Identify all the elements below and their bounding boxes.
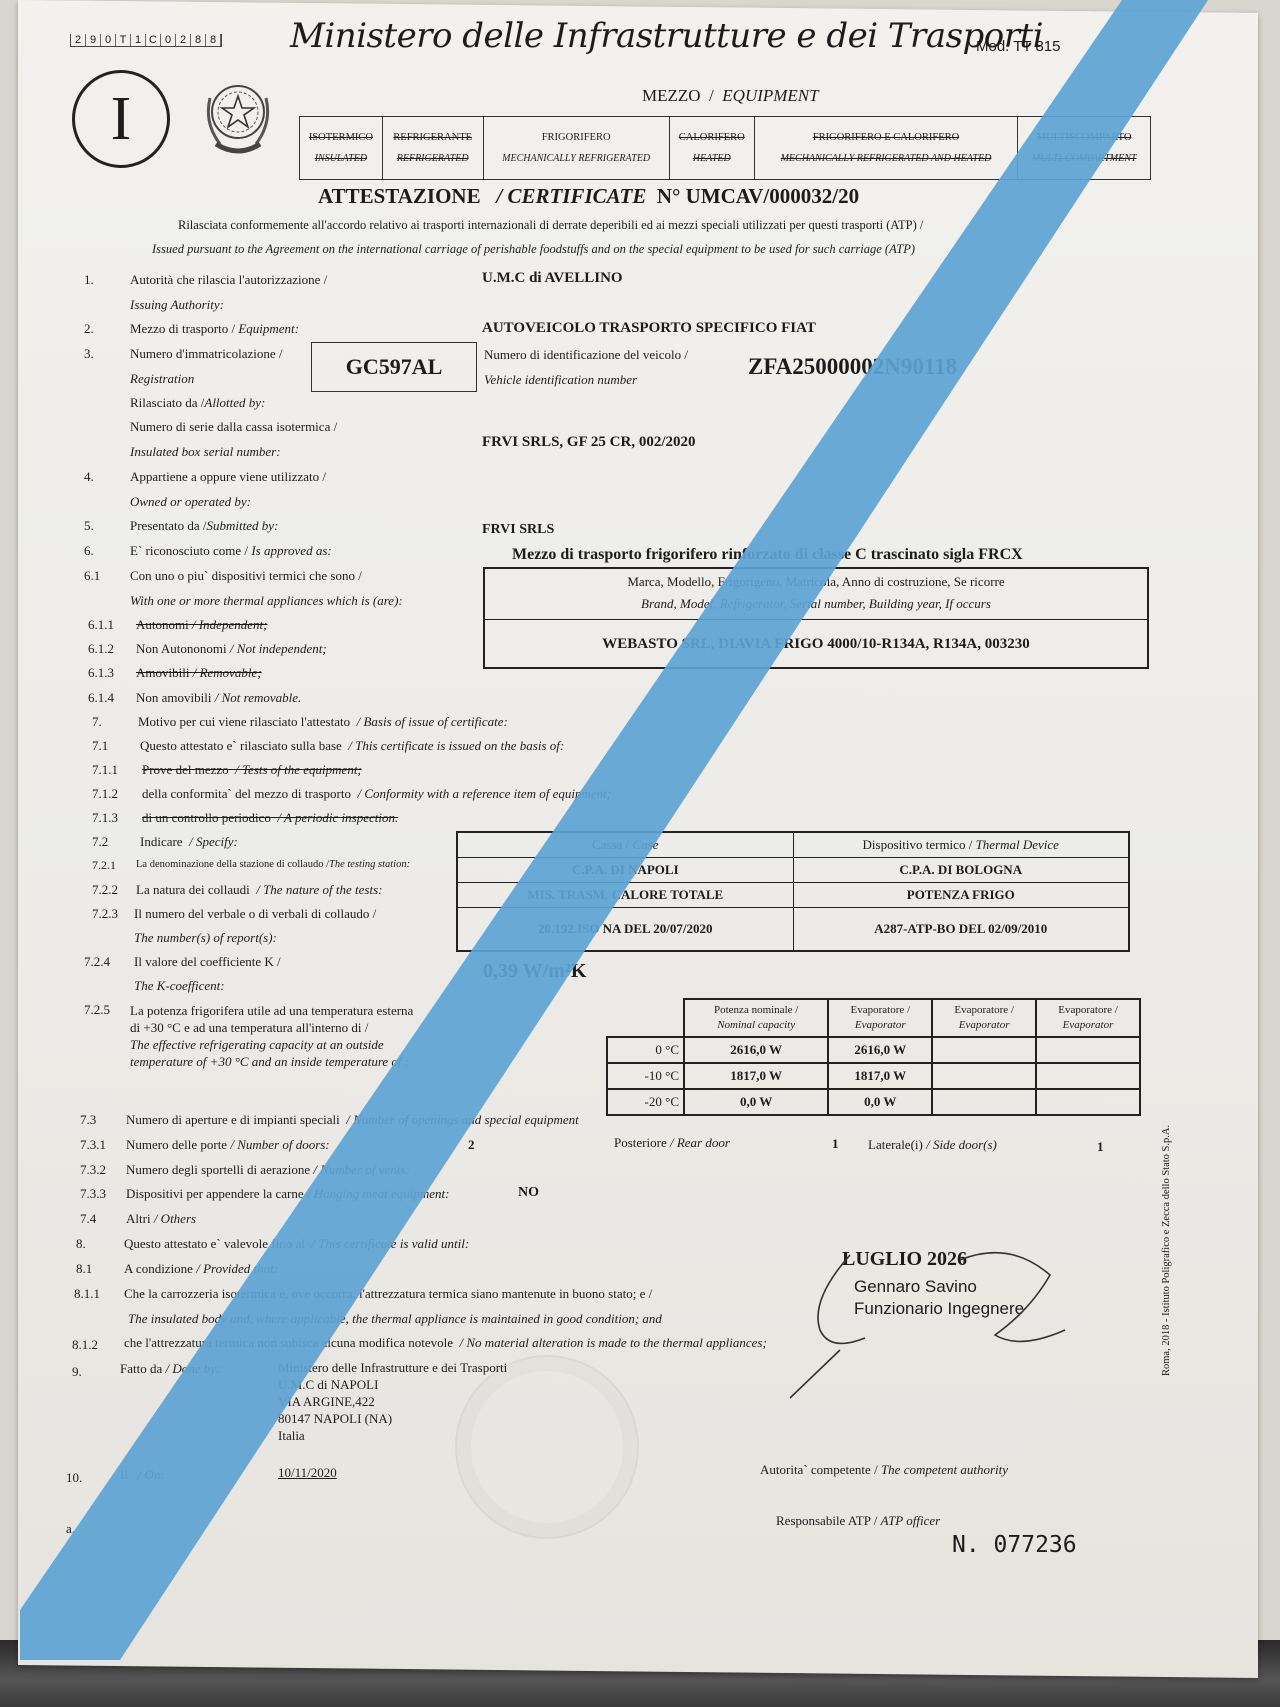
insulated-box-serial-value: FRVI SRLS, GF 25 CR, 002/2020 xyxy=(482,434,696,451)
capacity-table-header: Potenza nominale /Nominal capacity xyxy=(684,999,828,1037)
thermal-box-header-it: Marca, Modello, Frigorigeno, Matricola, … xyxy=(485,571,1147,593)
item-label: Dispositivi per appendere la carne / Han… xyxy=(126,1186,449,1202)
capacity-table-header: Evaporatore /Evaporator xyxy=(932,999,1036,1037)
k-coefficient-value: 0,39 W/m²K xyxy=(483,960,586,983)
serial-digit: 8 xyxy=(206,34,221,46)
item-label-struck: Autonomi / Independent; xyxy=(136,617,267,633)
item-number: 7.2.4 xyxy=(84,954,110,970)
testing-table-cell: 20.192.ISO NA DEL 20/07/2020 xyxy=(457,908,793,952)
rear-door-label: Posteriore / Rear door xyxy=(614,1135,730,1151)
item-number: 7.1.3 xyxy=(92,810,118,826)
testing-table-cell: MIS. TRASM. CALORE TOTALE xyxy=(457,883,793,908)
vin-value: ZFA25000002N90118 xyxy=(748,354,957,380)
item-label: A condizione / Provided that: xyxy=(124,1261,278,1277)
item-number: 7.1.2 xyxy=(92,786,118,802)
capacity-value xyxy=(1036,1089,1140,1115)
side-door-label: Laterale(i) / Side door(s) xyxy=(868,1137,997,1153)
capacity-value: 2616,0 W xyxy=(828,1037,932,1063)
item-label: Numero di aperture e di impianti special… xyxy=(126,1112,579,1128)
equipment-type-cell: MULTISCOMPARTOMULTI-COMPARTMENT xyxy=(1018,117,1151,180)
item-number: 7.3 xyxy=(80,1112,96,1128)
capacity-value xyxy=(932,1037,1036,1063)
item-label-it: Numero d'immatricolazione / xyxy=(130,346,283,362)
capacity-value xyxy=(1036,1037,1140,1063)
issued-pursuant-en: Issued pursuant to the Agreement on the … xyxy=(152,242,915,257)
item-number: 9. xyxy=(72,1364,82,1380)
capacity-temp: -10 °C xyxy=(607,1063,684,1089)
item-number: 5. xyxy=(84,518,94,534)
item-label: Non Autononomi / Not independent; xyxy=(136,641,327,657)
issue-date-value: 10/11/2020 xyxy=(278,1465,337,1481)
handwritten-signature-icon xyxy=(780,1240,1110,1400)
embossed-seal xyxy=(455,1355,639,1539)
side-door-value: 1 xyxy=(1097,1139,1104,1155)
capacity-table-header: Evaporatore /Evaporator xyxy=(828,999,932,1037)
testing-station-table: Cassa / CaseDispositivo termico / Therma… xyxy=(456,831,1130,952)
atp-certificate: 290T1C0288 Ministero delle Infrastruttur… xyxy=(0,0,1280,1707)
testing-table-header: Dispositivo termico / Thermal Device xyxy=(793,832,1129,858)
item-label: Non amovibili / Not removable. xyxy=(136,690,301,706)
item-number: 3. xyxy=(84,346,94,362)
italian-republic-emblem-icon xyxy=(198,68,278,160)
certificate-title: ATTESTAZIONE / CERTIFICATE N° UMCAV/0000… xyxy=(318,184,859,209)
item-label-en: Registration xyxy=(130,371,194,387)
form-number: N. 077236 xyxy=(952,1532,1077,1558)
capacity-value: 2616,0 W xyxy=(684,1037,828,1063)
item-label: Questo attestato e` rilasciato sulla bas… xyxy=(140,738,564,754)
serial-digit: 1 xyxy=(131,34,146,46)
equipment-type-cell: REFRIGERANTEREFRIGERATED xyxy=(382,117,483,180)
item-label: Motivo per cui viene rilasciato l'attest… xyxy=(138,714,508,730)
item-label-it: Appartiene a oppure viene utilizzato / xyxy=(130,469,326,485)
item-number: 1. xyxy=(84,272,94,288)
item-number: 7.2.3 xyxy=(92,906,118,922)
item-label-it: Autorità che rilascia l'autorizzazione / xyxy=(130,272,327,288)
item-label: La natura dei collaudi / The nature of t… xyxy=(136,882,382,898)
capacity-value xyxy=(932,1089,1036,1115)
country-mark-circle: I xyxy=(72,70,170,168)
item-number: 6.1.1 xyxy=(88,617,114,633)
rear-door-value: 1 xyxy=(832,1136,839,1152)
item-number: 7.2.2 xyxy=(92,882,118,898)
item-label: Rilasciato da /Allotted by: xyxy=(130,395,265,411)
item-number: 8.1.1 xyxy=(74,1286,100,1302)
printer-note: Roma, 2018 - Istituto Poligrafico e Zecc… xyxy=(1161,1125,1172,1376)
item-label-struck: di un controllo periodico / A periodic i… xyxy=(142,810,398,826)
capacity-table-header: Evaporatore /Evaporator xyxy=(1036,999,1140,1037)
serial-digit: 0 xyxy=(161,34,176,46)
item-label: Altri / Others xyxy=(126,1211,196,1227)
serial-digit: 0 xyxy=(101,34,116,46)
item-label-en: The number(s) of report(s): xyxy=(134,930,277,946)
item-label-it: Il valore del coefficiente K / xyxy=(134,954,281,970)
issuing-authority-value: U.M.C di AVELLINO xyxy=(482,270,623,287)
thermal-appliance-box: Marca, Modello, Frigorigeno, Matricola, … xyxy=(483,567,1149,669)
refrigerating-capacity-label: La potenza frigorifera utile ad una temp… xyxy=(130,1002,413,1070)
certificate-number: N° UMCAV/000032/20 xyxy=(657,184,859,208)
item-label: Numero degli sportelli di aerazione / Nu… xyxy=(126,1162,410,1178)
hanging-meat-value: NO xyxy=(518,1185,539,1201)
item-number: 7.2.1 xyxy=(92,858,116,873)
country-mark: I xyxy=(111,84,132,155)
item-label: che l'attrezzatura termica non subisca a… xyxy=(124,1335,767,1351)
item-label-it: Numero di serie dalla cassa isotermica / xyxy=(130,419,337,435)
item-number: 8. xyxy=(76,1236,86,1252)
item-label-struck: Prove del mezzo / Tests of the equipment… xyxy=(142,762,362,778)
item-number: 6. xyxy=(84,543,94,559)
issued-pursuant-it: Rilasciata conformemente all'accordo rel… xyxy=(178,218,923,233)
item-number: 7.3.2 xyxy=(80,1162,106,1178)
item-label-en: Insulated box serial number: xyxy=(130,444,281,460)
item-label-struck: Amovibili / Removable; xyxy=(136,665,262,681)
capacity-value: 0,0 W xyxy=(684,1089,828,1115)
item-label-en: With one or more thermal appliances whic… xyxy=(130,593,403,609)
item-number: 7.4 xyxy=(80,1211,96,1227)
testing-table-header: Cassa / Case xyxy=(457,832,793,858)
item-number: 6.1 xyxy=(84,568,100,584)
approved-as-value: Mezzo di trasporto frigorifero rinforzat… xyxy=(512,546,1023,564)
item-label: Questo attestato e` valevole fino al / T… xyxy=(124,1236,469,1252)
equipment-type-cell: FRIGORIFERO E CALORIFEROMECHANICALLY REF… xyxy=(754,117,1018,180)
item-number: 7.3.3 xyxy=(80,1186,106,1202)
capacity-value: 1817,0 W xyxy=(828,1063,932,1089)
registration-value: GC597AL xyxy=(311,342,477,392)
testing-table-cell: C.P.A. DI NAPOLI xyxy=(457,858,793,883)
equipment-type-cell: ISOTERMICOINSULATED xyxy=(300,117,383,180)
thermal-box-header-en: Brand, Model, Refrigerator, Serial numbe… xyxy=(485,593,1147,615)
vin-label-it: Numero di identificazione del veicolo / xyxy=(484,347,688,363)
serial-digit: C xyxy=(146,34,161,46)
equipment-type-table: ISOTERMICOINSULATEDREFRIGERANTEREFRIGERA… xyxy=(299,116,1151,180)
testing-table-cell: A287-ATP-BO DEL 02/09/2010 xyxy=(793,908,1129,952)
item-label: Numero delle porte / Number of doors: xyxy=(126,1137,330,1153)
capacity-value xyxy=(932,1063,1036,1089)
item-label: Mezzo di trasporto / Equipment: xyxy=(130,321,299,337)
item-number: a. xyxy=(66,1521,75,1537)
item-number: 8.1 xyxy=(76,1261,92,1277)
item-label-en: The K-coefficent: xyxy=(134,978,225,994)
item-number: 2. xyxy=(84,321,94,337)
item-number: 8.1.2 xyxy=(72,1337,98,1353)
thermal-appliance-value: WEBASTO SRL, DIAVIA FRIGO 4000/10-R134A,… xyxy=(485,620,1147,668)
item-label-it: Il numero del verbale o di verbali di co… xyxy=(134,906,376,922)
serial-digit: 8 xyxy=(191,34,206,46)
item-number: 7. xyxy=(92,714,102,730)
serial-digit: 2 xyxy=(176,34,191,46)
capacity-temp: -20 °C xyxy=(607,1089,684,1115)
address-line: Ministero delle Infrastrutture e dei Tra… xyxy=(278,1359,507,1376)
testing-table-cell: C.P.A. DI BOLOGNA xyxy=(793,858,1129,883)
item-number: 7.1 xyxy=(92,738,108,754)
item-number: 7.3.1 xyxy=(80,1137,106,1153)
atp-officer-label: Responsabile ATP / ATP officer xyxy=(776,1513,940,1529)
item-number: 10. xyxy=(66,1470,82,1486)
item-number: 7.1.1 xyxy=(92,762,118,778)
item-label: E` riconosciuto come / Is approved as: xyxy=(130,543,332,559)
equipment-heading: MEZZO / EQUIPMENT xyxy=(642,86,819,106)
number-of-doors-value: 2 xyxy=(468,1137,475,1153)
capacity-temp: 0 °C xyxy=(607,1037,684,1063)
capacity-value xyxy=(1036,1063,1140,1089)
item-label: della conformita` del mezzo di trasporto… xyxy=(142,786,611,802)
equipment-type-cell: CALORIFEROHEATED xyxy=(669,117,754,180)
item-label: Indicare / Specify: xyxy=(140,834,238,850)
item-label-en: Owned or operated by: xyxy=(130,494,251,510)
item-label: La denominazione della stazione di colla… xyxy=(136,859,410,870)
serial-digit: T xyxy=(116,34,131,46)
item-number: 6.1.2 xyxy=(88,641,114,657)
item-number: 6.1.4 xyxy=(88,690,114,706)
capacity-value: 0,0 W xyxy=(828,1089,932,1115)
equipment-value: AUTOVEICOLO TRASPORTO SPECIFICO FIAT xyxy=(482,320,816,337)
item-label: Il / On: xyxy=(120,1467,165,1483)
ministry-title: Ministero delle Infrastrutture e dei Tra… xyxy=(290,16,1043,56)
model-number: Mod. TT 815 xyxy=(976,38,1061,55)
submitted-by-value: FRVI SRLS xyxy=(482,522,554,538)
serial-digit: 2 xyxy=(71,34,86,46)
testing-table-cell: POTENZA FRIGO xyxy=(793,883,1129,908)
competent-authority-label: Autorita` competente / The competent aut… xyxy=(760,1462,1008,1478)
item-label-it: Che la carrozzeria isotermica e, ove occ… xyxy=(124,1286,652,1302)
item-label-it: Con uno o piu` dispositivi termici che s… xyxy=(130,568,362,584)
item-label: Presentato da /Submitted by: xyxy=(130,518,278,534)
item-label-en: The insulated body and, where applicable… xyxy=(128,1311,662,1327)
capacity-value: 1817,0 W xyxy=(684,1063,828,1089)
equipment-type-cell: FRIGORIFEROMECHANICALLY REFRIGERATED xyxy=(483,117,669,180)
item-number: 7.2.5 xyxy=(84,1002,110,1018)
item-number: 6.1.3 xyxy=(88,665,114,681)
serial-digit: 9 xyxy=(86,34,101,46)
item-label-en: Issuing Authority: xyxy=(130,297,224,313)
item-label: Fatto da / Done by: xyxy=(120,1361,220,1377)
serial-code-boxes: 290T1C0288 xyxy=(70,34,222,47)
item-number: 7.2 xyxy=(92,834,108,850)
refrigerating-capacity-table: Potenza nominale /Nominal capacityEvapor… xyxy=(606,998,1141,1116)
vin-label-en: Vehicle identification number xyxy=(484,372,637,388)
item-number: 4. xyxy=(84,469,94,485)
